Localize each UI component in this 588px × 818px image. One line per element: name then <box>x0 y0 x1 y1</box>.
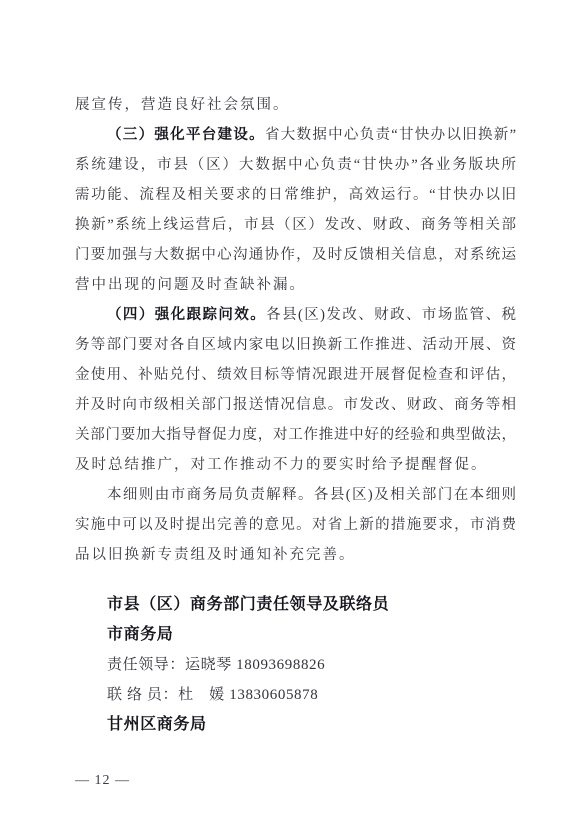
contacts-section: 市县（区）商务部门责任领导及联络员 市商务局 责任领导：运晓琴 18093698… <box>107 590 389 740</box>
body-line: 换新”系统上线运营后，市县（区）发改、财政、商务等相关部 <box>75 210 516 240</box>
document-page: 展宣传，营造良好社会氛围。 （三）强化平台建设。省大数据中心负责“甘快办以旧换新… <box>0 0 588 818</box>
paragraph-text: 各县(区)发改、财政、市场监管、税 <box>266 307 516 323</box>
org-name-ganzhou-commerce-bureau: 甘州区商务局 <box>107 710 389 740</box>
document-body: 展宣传，营造良好社会氛围。 （三）强化平台建设。省大数据中心负责“甘快办以旧换新… <box>75 90 516 570</box>
body-line: 需功能、流程及相关要求的日常维护，高效运行。“甘快办以旧 <box>75 180 516 210</box>
body-line: 系统建设，市县（区）大数据中心负责“甘快办”各业务版块所 <box>75 150 516 180</box>
contacts-heading: 市县（区）商务部门责任领导及联络员 <box>107 590 389 620</box>
body-line: 关部门要加大指导督促力度，对工作推进中好的经验和典型做法， <box>75 420 516 450</box>
body-line: 营中出现的问题及时查缺补漏。 <box>75 270 516 300</box>
body-line: 实施中可以及时提出完善的意见。对省上新的措施要求，市消费 <box>75 510 516 540</box>
leader-contact-line: 责任领导：运晓琴 18093698826 <box>107 650 389 680</box>
body-line: 并及时向市级相关部门报送情况信息。市发改、财政、商务等相 <box>75 390 516 420</box>
paragraph-text: 省大数据中心负责“甘快办以旧换新” <box>265 127 516 143</box>
body-line: 门要加强与大数据中心沟通协作，及时反馈相关信息，对系统运 <box>75 240 516 270</box>
body-line: 务等部门要对各自区域内家电以旧换新工作推进、活动开展、资 <box>75 330 516 360</box>
body-line: 及时总结推广，对工作推动不力的要实时给予提醒督促。 <box>75 450 516 480</box>
body-line: （四）强化跟踪问效。各县(区)发改、财政、市场监管、税 <box>75 300 516 330</box>
page-number: — 12 — <box>75 771 130 791</box>
body-line: （三）强化平台建设。省大数据中心负责“甘快办以旧换新” <box>75 120 516 150</box>
body-line: 本细则由市商务局负责解释。各县(区)及相关部门在本细则 <box>75 480 516 510</box>
section-4-heading: （四）强化跟踪问效。 <box>107 307 266 323</box>
body-line: 品以旧换新专责组及时通知补充完善。 <box>75 540 516 570</box>
org-name-city-commerce-bureau: 市商务局 <box>107 620 389 650</box>
liaison-contact-line: 联 络 员：杜 媛 13830605878 <box>107 680 389 710</box>
section-3-heading: （三）强化平台建设。 <box>107 127 265 143</box>
body-line: 展宣传，营造良好社会氛围。 <box>75 90 516 120</box>
body-line: 金使用、补贴兑付、绩效目标等情况跟进开展督促检查和评估， <box>75 360 516 390</box>
